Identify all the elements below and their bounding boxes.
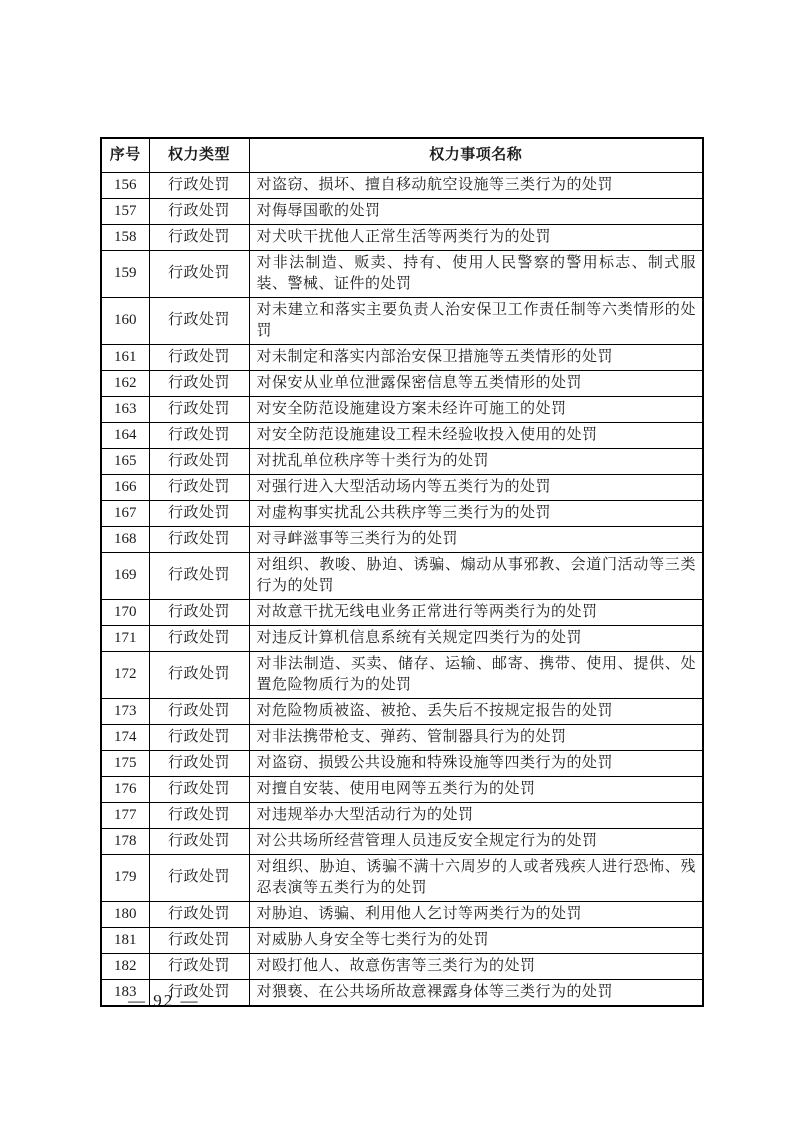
- power-item-name-cell: 对非法制造、贩卖、持有、使用人民警察的警用标志、制式服装、警械、证件的处罚: [249, 250, 703, 297]
- serial-number-cell: 166: [101, 474, 149, 500]
- table-row: 175行政处罚对盗窃、损毁公共设施和特殊设施等四类行为的处罚: [101, 750, 703, 776]
- power-type-cell: 行政处罚: [149, 901, 249, 927]
- serial-number-cell: 179: [101, 854, 149, 901]
- serial-number-cell: 159: [101, 250, 149, 297]
- power-type-cell: 行政处罚: [149, 500, 249, 526]
- document-page: 序号 权力类型 权力事项名称 156行政处罚对盗窃、损坏、擅自移动航空设施等三类…: [0, 0, 793, 1122]
- power-item-name-cell: 对违反计算机信息系统有关规定四类行为的处罚: [249, 625, 703, 651]
- power-item-name-cell: 对犬吠干扰他人正常生活等两类行为的处罚: [249, 224, 703, 250]
- power-type-cell: 行政处罚: [149, 224, 249, 250]
- serial-number-cell: 162: [101, 370, 149, 396]
- power-type-cell: 行政处罚: [149, 599, 249, 625]
- power-type-cell: 行政处罚: [149, 474, 249, 500]
- table-row: 168行政处罚对寻衅滋事等三类行为的处罚: [101, 526, 703, 552]
- serial-number-cell: 173: [101, 698, 149, 724]
- serial-number-cell: 170: [101, 599, 149, 625]
- table-row: 160行政处罚对未建立和落实主要负责人治安保卫工作责任制等六类情形的处罚: [101, 297, 703, 344]
- table-row: 174行政处罚对非法携带枪支、弹药、管制器具行为的处罚: [101, 724, 703, 750]
- header-power-type: 权力类型: [149, 138, 249, 172]
- power-type-cell: 行政处罚: [149, 344, 249, 370]
- power-type-cell: 行政处罚: [149, 396, 249, 422]
- serial-number-cell: 178: [101, 828, 149, 854]
- serial-number-cell: 174: [101, 724, 149, 750]
- header-serial-number: 序号: [101, 138, 149, 172]
- power-type-cell: 行政处罚: [149, 927, 249, 953]
- table-row: 178行政处罚对公共场所经营管理人员违反安全规定行为的处罚: [101, 828, 703, 854]
- table-row: 163行政处罚对安全防范设施建设方案未经许可施工的处罚: [101, 396, 703, 422]
- table-row: 176行政处罚对擅自安装、使用电网等五类行为的处罚: [101, 776, 703, 802]
- power-item-name-cell: 对未制定和落实内部治安保卫措施等五类情形的处罚: [249, 344, 703, 370]
- table-row: 179行政处罚对组织、胁迫、诱骗不满十六周岁的人或者残疾人进行恐怖、残忍表演等五…: [101, 854, 703, 901]
- power-item-name-cell: 对组织、胁迫、诱骗不满十六周岁的人或者残疾人进行恐怖、残忍表演等五类行为的处罚: [249, 854, 703, 901]
- power-type-cell: 行政处罚: [149, 953, 249, 979]
- serial-number-cell: 175: [101, 750, 149, 776]
- power-type-cell: 行政处罚: [149, 172, 249, 198]
- serial-number-cell: 168: [101, 526, 149, 552]
- power-item-name-cell: 对扰乱单位秩序等十类行为的处罚: [249, 448, 703, 474]
- table-row: 162行政处罚对保安从业单位泄露保密信息等五类情形的处罚: [101, 370, 703, 396]
- table-row: 171行政处罚对违反计算机信息系统有关规定四类行为的处罚: [101, 625, 703, 651]
- serial-number-cell: 161: [101, 344, 149, 370]
- power-type-cell: 行政处罚: [149, 448, 249, 474]
- table-row: 167行政处罚对虚构事实扰乱公共秩序等三类行为的处罚: [101, 500, 703, 526]
- serial-number-cell: 156: [101, 172, 149, 198]
- power-type-cell: 行政处罚: [149, 552, 249, 599]
- power-type-cell: 行政处罚: [149, 802, 249, 828]
- table-row: 165行政处罚对扰乱单位秩序等十类行为的处罚: [101, 448, 703, 474]
- serial-number-cell: 171: [101, 625, 149, 651]
- power-item-name-cell: 对擅自安装、使用电网等五类行为的处罚: [249, 776, 703, 802]
- table-row: 173行政处罚对危险物质被盗、被抢、丢失后不按规定报告的处罚: [101, 698, 703, 724]
- table-row: 158行政处罚对犬吠干扰他人正常生活等两类行为的处罚: [101, 224, 703, 250]
- power-type-cell: 行政处罚: [149, 422, 249, 448]
- table-row: 157行政处罚对侮辱国歌的处罚: [101, 198, 703, 224]
- table-header-row: 序号 权力类型 权力事项名称: [101, 138, 703, 172]
- power-item-name-cell: 对侮辱国歌的处罚: [249, 198, 703, 224]
- table-header: 序号 权力类型 权力事项名称: [101, 138, 703, 172]
- power-type-cell: 行政处罚: [149, 651, 249, 698]
- table-row: 172行政处罚对非法制造、买卖、储存、运输、邮寄、携带、使用、提供、处置危险物质…: [101, 651, 703, 698]
- power-type-cell: 行政处罚: [149, 526, 249, 552]
- table-row: 161行政处罚对未制定和落实内部治安保卫措施等五类情形的处罚: [101, 344, 703, 370]
- power-item-name-cell: 对殴打他人、故意伤害等三类行为的处罚: [249, 953, 703, 979]
- serial-number-cell: 167: [101, 500, 149, 526]
- power-item-name-cell: 对猥亵、在公共场所故意裸露身体等三类行为的处罚: [249, 979, 703, 1006]
- table-body: 156行政处罚对盗窃、损坏、擅自移动航空设施等三类行为的处罚157行政处罚对侮辱…: [101, 172, 703, 1006]
- power-type-cell: 行政处罚: [149, 370, 249, 396]
- power-item-name-cell: 对故意干扰无线电业务正常进行等两类行为的处罚: [249, 599, 703, 625]
- power-item-name-cell: 对未建立和落实主要负责人治安保卫工作责任制等六类情形的处罚: [249, 297, 703, 344]
- power-type-cell: 行政处罚: [149, 750, 249, 776]
- power-item-name-cell: 对盗窃、损坏、擅自移动航空设施等三类行为的处罚: [249, 172, 703, 198]
- power-item-name-cell: 对安全防范设施建设工程未经验收投入使用的处罚: [249, 422, 703, 448]
- power-item-name-cell: 对盗窃、损毁公共设施和特殊设施等四类行为的处罚: [249, 750, 703, 776]
- table-row: 177行政处罚对违规举办大型活动行为的处罚: [101, 802, 703, 828]
- table-row: 156行政处罚对盗窃、损坏、擅自移动航空设施等三类行为的处罚: [101, 172, 703, 198]
- power-item-name-cell: 对保安从业单位泄露保密信息等五类情形的处罚: [249, 370, 703, 396]
- power-item-name-cell: 对强行进入大型活动场内等五类行为的处罚: [249, 474, 703, 500]
- serial-number-cell: 181: [101, 927, 149, 953]
- table-row: 159行政处罚对非法制造、贩卖、持有、使用人民警察的警用标志、制式服装、警械、证…: [101, 250, 703, 297]
- page-number: — 92 —: [128, 991, 200, 1011]
- power-item-name-cell: 对胁迫、诱骗、利用他人乞讨等两类行为的处罚: [249, 901, 703, 927]
- serial-number-cell: 157: [101, 198, 149, 224]
- power-item-name-cell: 对公共场所经营管理人员违反安全规定行为的处罚: [249, 828, 703, 854]
- power-type-cell: 行政处罚: [149, 724, 249, 750]
- serial-number-cell: 176: [101, 776, 149, 802]
- table-row: 182行政处罚对殴打他人、故意伤害等三类行为的处罚: [101, 953, 703, 979]
- table-row: 181行政处罚对威胁人身安全等七类行为的处罚: [101, 927, 703, 953]
- power-item-name-cell: 对非法制造、买卖、储存、运输、邮寄、携带、使用、提供、处置危险物质行为的处罚: [249, 651, 703, 698]
- serial-number-cell: 165: [101, 448, 149, 474]
- table-row: 180行政处罚对胁迫、诱骗、利用他人乞讨等两类行为的处罚: [101, 901, 703, 927]
- power-item-name-cell: 对危险物质被盗、被抢、丢失后不按规定报告的处罚: [249, 698, 703, 724]
- power-type-cell: 行政处罚: [149, 625, 249, 651]
- power-item-name-cell: 对非法携带枪支、弹药、管制器具行为的处罚: [249, 724, 703, 750]
- power-type-cell: 行政处罚: [149, 698, 249, 724]
- table-row: 164行政处罚对安全防范设施建设工程未经验收投入使用的处罚: [101, 422, 703, 448]
- power-type-cell: 行政处罚: [149, 828, 249, 854]
- power-item-name-cell: 对寻衅滋事等三类行为的处罚: [249, 526, 703, 552]
- serial-number-cell: 164: [101, 422, 149, 448]
- power-item-name-cell: 对安全防范设施建设方案未经许可施工的处罚: [249, 396, 703, 422]
- serial-number-cell: 160: [101, 297, 149, 344]
- power-type-cell: 行政处罚: [149, 854, 249, 901]
- power-items-table: 序号 权力类型 权力事项名称 156行政处罚对盗窃、损坏、擅自移动航空设施等三类…: [100, 137, 704, 1007]
- power-type-cell: 行政处罚: [149, 250, 249, 297]
- serial-number-cell: 182: [101, 953, 149, 979]
- power-type-cell: 行政处罚: [149, 198, 249, 224]
- serial-number-cell: 163: [101, 396, 149, 422]
- power-item-name-cell: 对违规举办大型活动行为的处罚: [249, 802, 703, 828]
- table-row: 169行政处罚对组织、教唆、胁迫、诱骗、煽动从事邪教、会道门活动等三类行为的处罚: [101, 552, 703, 599]
- table-row: 166行政处罚对强行进入大型活动场内等五类行为的处罚: [101, 474, 703, 500]
- serial-number-cell: 169: [101, 552, 149, 599]
- serial-number-cell: 177: [101, 802, 149, 828]
- serial-number-cell: 158: [101, 224, 149, 250]
- power-type-cell: 行政处罚: [149, 297, 249, 344]
- table-row: 170行政处罚对故意干扰无线电业务正常进行等两类行为的处罚: [101, 599, 703, 625]
- serial-number-cell: 180: [101, 901, 149, 927]
- power-type-cell: 行政处罚: [149, 776, 249, 802]
- power-item-name-cell: 对虚构事实扰乱公共秩序等三类行为的处罚: [249, 500, 703, 526]
- header-power-item-name: 权力事项名称: [249, 138, 703, 172]
- power-item-name-cell: 对组织、教唆、胁迫、诱骗、煽动从事邪教、会道门活动等三类行为的处罚: [249, 552, 703, 599]
- power-item-name-cell: 对威胁人身安全等七类行为的处罚: [249, 927, 703, 953]
- serial-number-cell: 172: [101, 651, 149, 698]
